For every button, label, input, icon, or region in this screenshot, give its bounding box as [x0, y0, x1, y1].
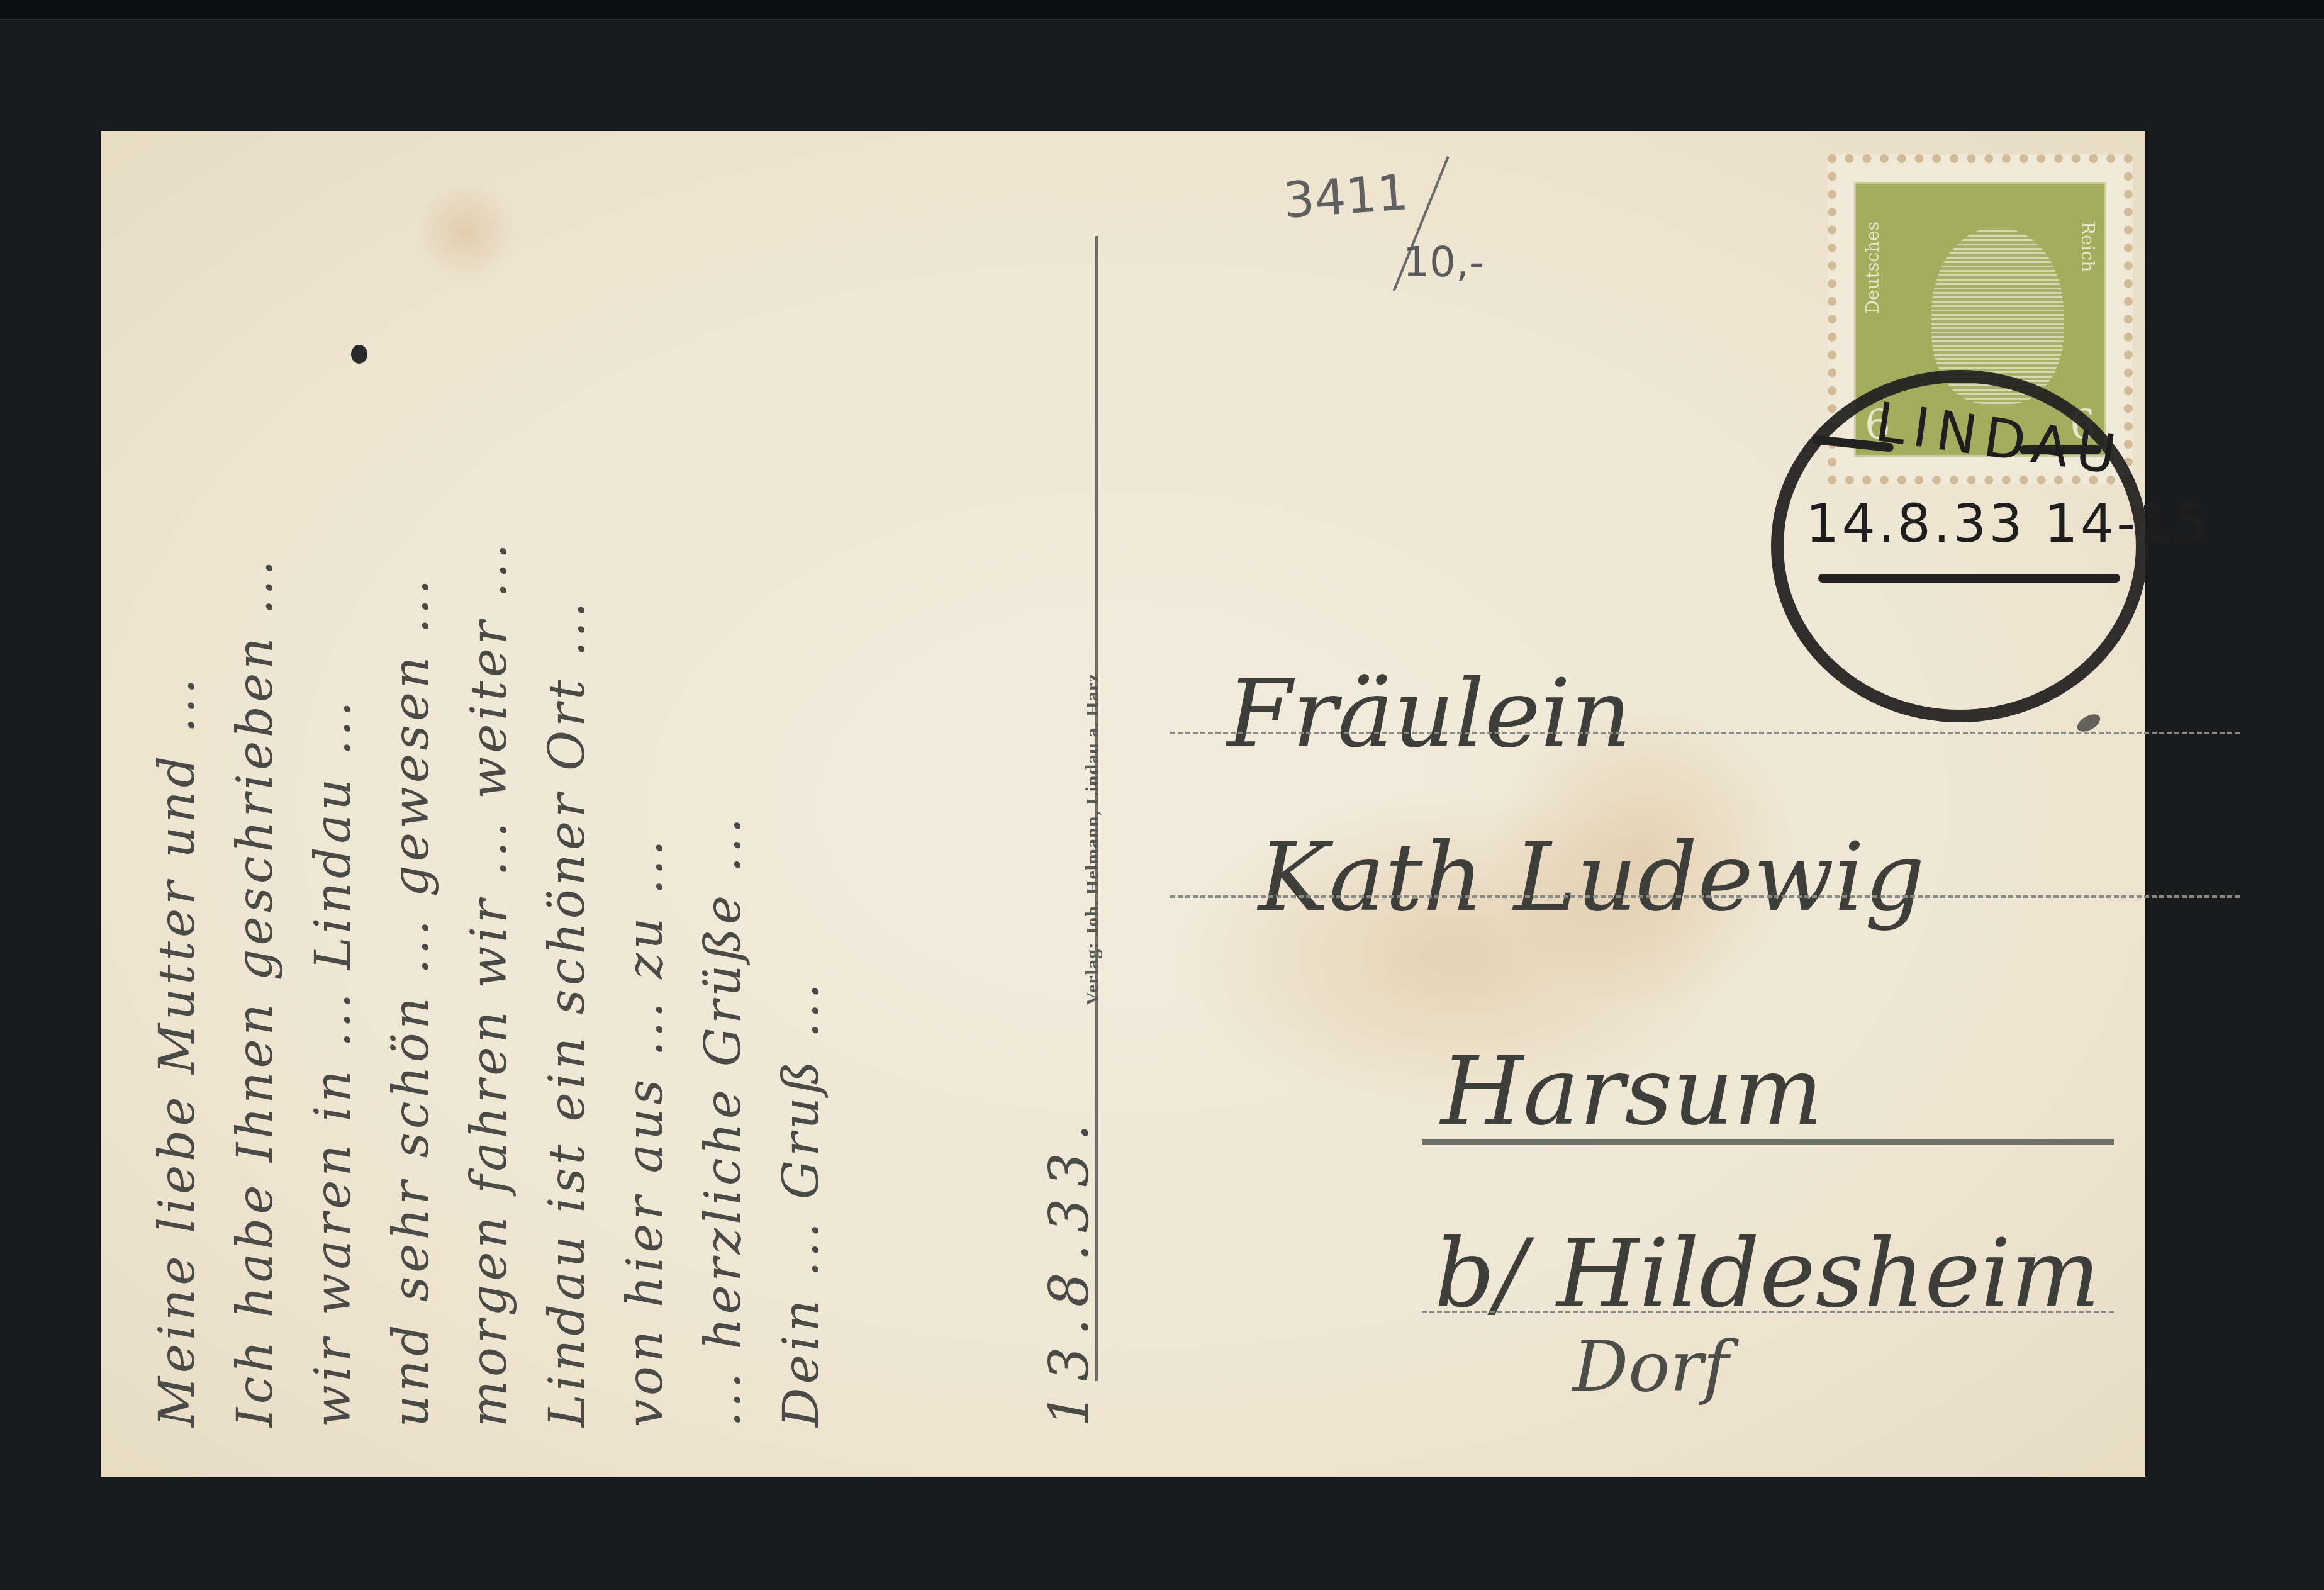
recipient-salutation: Fräulein — [1227, 659, 1631, 769]
message-line: Ich habe Ihnen geschrieben ... — [216, 232, 294, 1427]
message-line: ... herzliche Grüße ... — [684, 232, 763, 1427]
ink-blot — [351, 345, 367, 364]
address-line-1 — [1170, 732, 2240, 734]
stamp-country-right: Reich — [2077, 221, 2098, 272]
address-line-3 — [1422, 1139, 2114, 1145]
message-line: wir waren in ... Lindau ... — [294, 232, 372, 1427]
recipient-town: Harsum — [1441, 1037, 1823, 1146]
price-note: 10,- — [1403, 238, 1484, 286]
postmark-bar — [1818, 574, 2120, 583]
message-line: und sehr schön ... gewesen ... — [372, 232, 450, 1427]
message-date: 13.8.33. — [1038, 1112, 1101, 1427]
postmark-date: 14.8.33 14-15 — [1806, 493, 2210, 554]
publisher-imprint: Verlag: Joh. Helmann, Lindau a. Harz — [1082, 673, 1103, 1005]
message-line: Meine liebe Mutter und ... — [138, 232, 216, 1427]
address-line-2 — [1170, 895, 2240, 898]
stamp-country-left: Deutsches — [1862, 221, 1883, 314]
message-line: von hier aus ... zu ... — [606, 232, 684, 1427]
handwritten-message: Meine liebe Mutter und ... Ich habe Ihne… — [138, 232, 841, 1427]
message-line: Dein ... Gruß ... — [763, 232, 841, 1427]
recipient-name: Kath Ludewig — [1258, 823, 1925, 932]
address-line-4 — [1422, 1311, 2114, 1313]
recipient-note: Dorf — [1573, 1326, 1729, 1407]
message-line: Lindau ist ein schöner Ort ... — [528, 232, 606, 1427]
album-page-edge — [0, 0, 2324, 20]
message-line: morgen fahren wir ... weiter ... — [450, 232, 528, 1427]
postcard: 3411 10,- Meine liebe Mutter und ... Ich… — [101, 131, 2145, 1477]
catalog-number-note: 3411 — [1282, 164, 1410, 230]
